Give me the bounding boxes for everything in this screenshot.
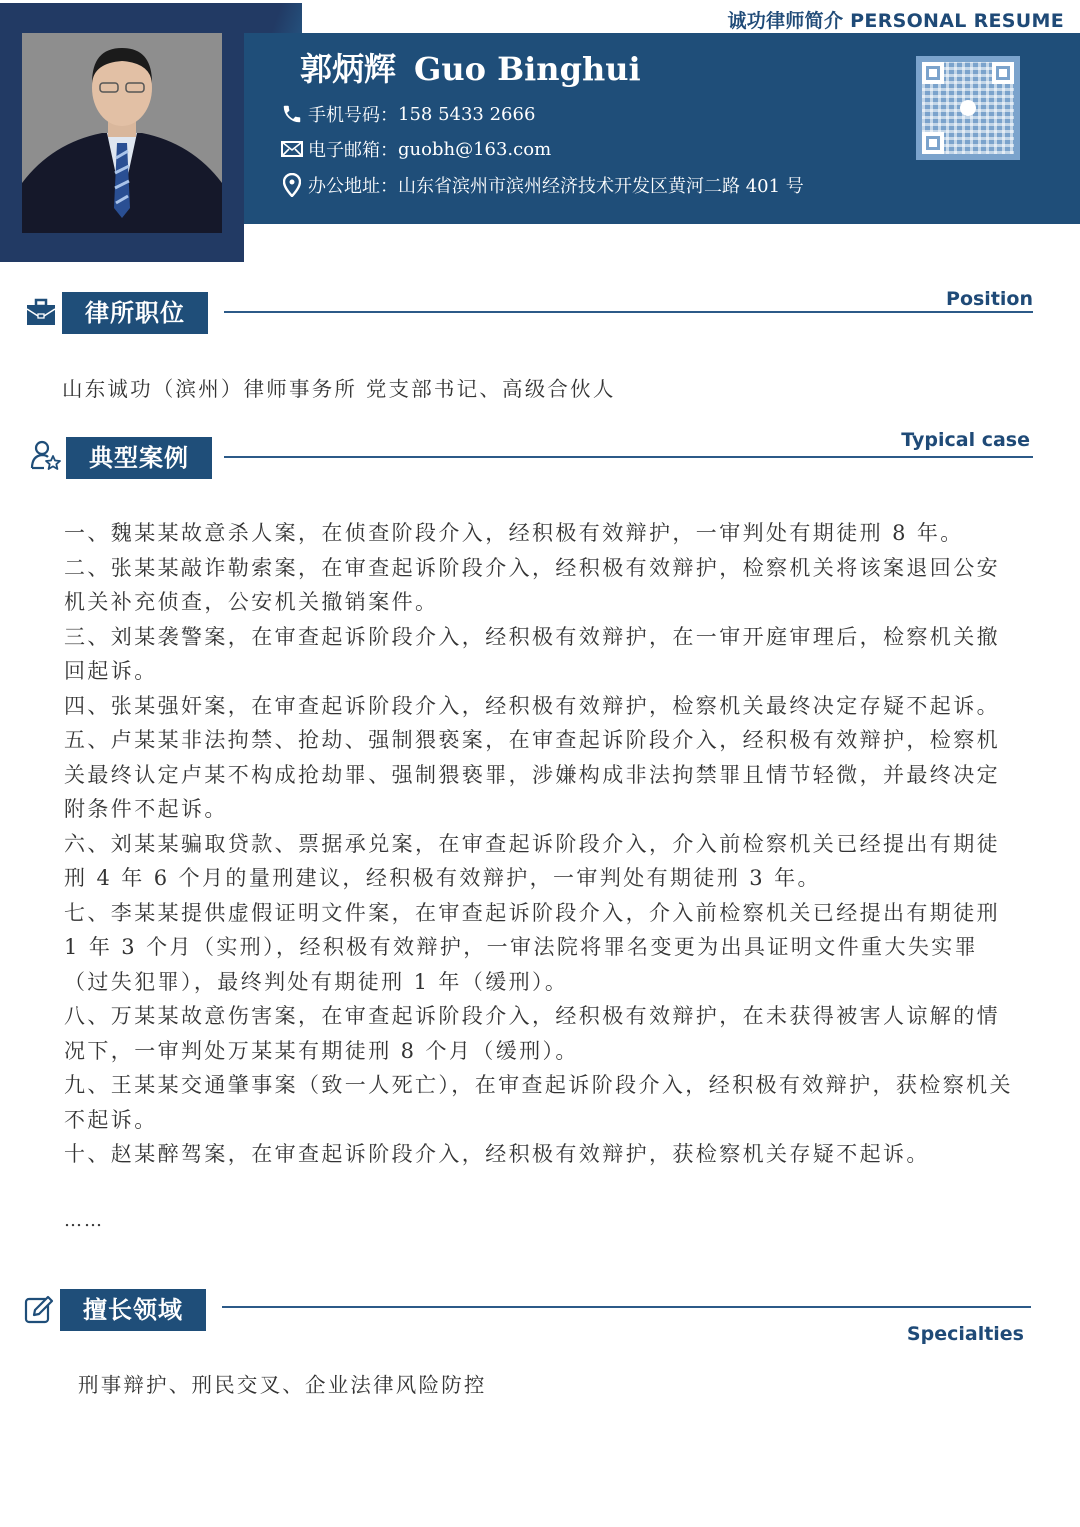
contact-email: 电子邮箱： guobh@163.com [280, 136, 551, 162]
case-item: 九、王某某交通肇事案（致一人死亡），在审查起诉阶段介入，经积极有效辩护，获检察机… [64, 1068, 1019, 1137]
phone-label: 手机号码： [308, 101, 398, 127]
section-header-specialties: 擅长领域 Specialties [0, 1287, 1080, 1337]
name-chinese: 郭炳辉 [300, 50, 396, 88]
profile-photo [22, 33, 222, 233]
specialties-text: 刑事辩护、刑民交叉、企业法律风险防控 [78, 1368, 487, 1398]
case-item: 十、赵某醉驾案，在审查起诉阶段介入，经积极有效辩护，获检察机关存疑不起诉。 [64, 1137, 1019, 1172]
section-title-cn: 律所职位 [62, 292, 208, 334]
decorative-corner [244, 3, 302, 33]
name-english: Guo Binghui [414, 50, 641, 88]
lawyer-name: 郭炳辉Guo Binghui [300, 44, 641, 90]
section-divider [224, 456, 1033, 458]
case-item: 八、万某某故意伤害案，在审查起诉阶段介入，经积极有效辩护，在未获得被害人谅解的情… [64, 999, 1019, 1068]
case-item: 三、刘某袭警案，在审查起诉阶段介入，经积极有效辩护，在一审开庭审理后，检察机关撤… [64, 620, 1019, 689]
contact-phone: 手机号码： 158 5433 2666 [280, 101, 535, 127]
person-portrait-icon [22, 33, 222, 233]
section-title-en: Typical case [901, 429, 1030, 451]
section-header-cases: 典型案例 Typical case [0, 435, 1080, 485]
location-pin-icon [280, 173, 304, 197]
section-header-position: 律所职位 Position [0, 290, 1080, 340]
case-item: 六、刘某某骗取贷款、票据承兑案，在审查起诉阶段介入，介入前检察机关已经提出有期徒… [64, 827, 1019, 896]
phone-value[interactable]: 158 5433 2666 [398, 104, 535, 125]
briefcase-icon [26, 298, 56, 328]
contact-address: 办公地址： 山东省滨州市滨州经济技术开发区黄河二路 401 号 [280, 172, 804, 198]
qr-finder-icon [922, 62, 944, 84]
position-text: 山东诚功（滨州）律师事务所 党支部书记、高级合伙人 [62, 372, 616, 402]
section-divider [222, 1306, 1031, 1308]
address-value: 山东省滨州市滨州经济技术开发区黄河二路 401 号 [398, 172, 804, 198]
section-divider [224, 311, 1033, 313]
section-title-en: Position [946, 288, 1033, 310]
case-item: 七、李某某提供虚假证明文件案，在审查起诉阶段介入，介入前检察机关已经提出有期徒刑… [64, 896, 1019, 1000]
case-list: 一、魏某某故意杀人案，在侦查阶段介入，经积极有效辩护，一审判处有期徒刑 8 年。… [64, 516, 1019, 1172]
section-title-cn: 典型案例 [66, 437, 212, 479]
envelope-icon [280, 137, 304, 161]
case-item: 五、卢某某非法拘禁、抢劫、强制猥亵案，在审查起诉阶段介入，经积极有效辩护，检察机… [64, 723, 1019, 827]
user-star-icon [30, 439, 60, 469]
section-title-en: Specialties [907, 1323, 1024, 1345]
document-title: 诚功律师简介 PERSONAL RESUME [727, 6, 1064, 33]
qr-finder-icon [992, 62, 1014, 84]
email-value[interactable]: guobh@163.com [398, 139, 551, 160]
case-item: 四、张某强奸案，在审查起诉阶段介入，经积极有效辩护，检察机关最终决定存疑不起诉。 [64, 689, 1019, 724]
email-label: 电子邮箱： [308, 136, 398, 162]
edit-pencil-icon [24, 1295, 54, 1325]
section-title-cn: 擅长领域 [60, 1289, 206, 1331]
case-item: 二、张某某敲诈勒索案，在审查起诉阶段介入，经积极有效辩护，检察机关将该案退回公安… [64, 551, 1019, 620]
qr-pattern [922, 62, 1014, 154]
qr-finder-icon [922, 132, 944, 154]
more-ellipsis: …… [64, 1210, 104, 1231]
wechat-qr-code[interactable] [916, 56, 1020, 160]
wechat-logo-icon [960, 100, 976, 116]
phone-icon [280, 102, 304, 126]
case-item: 一、魏某某故意杀人案，在侦查阶段介入，经积极有效辩护，一审判处有期徒刑 8 年。 [64, 516, 1019, 551]
address-label: 办公地址： [308, 172, 398, 198]
